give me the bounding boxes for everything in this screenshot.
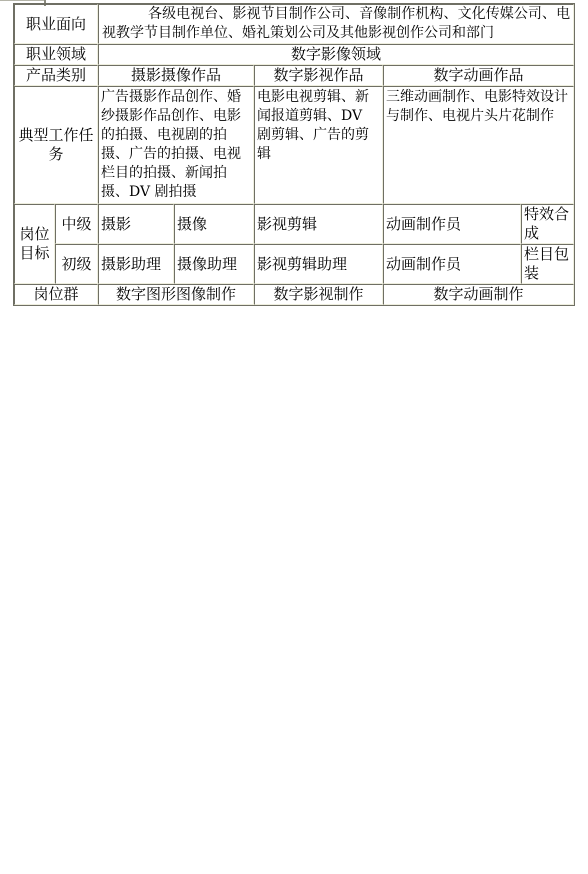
position-junior-camera-assistant-cell: 摄像助理 bbox=[174, 244, 254, 284]
position-junior-editor-assistant-cell: 影视剪辑助理 bbox=[254, 244, 383, 284]
product-category-video-cell: 数字影视作品 bbox=[254, 65, 383, 86]
position-group-animation-cell: 数字动画制作 bbox=[383, 284, 574, 305]
typical-tasks-label-cell: 典型工作任务 bbox=[14, 86, 98, 204]
table-row: 岗位目标 中级 摄影 摄像 影视剪辑 动画制作员 特效合成 bbox=[14, 204, 574, 244]
table-row: 产品类别 摄影摄像作品 数字影视作品 数字动画作品 bbox=[14, 65, 574, 86]
position-mid-photographer-cell: 摄影 bbox=[98, 204, 174, 244]
position-mid-editor-cell: 影视剪辑 bbox=[254, 204, 383, 244]
position-mid-animator-cell: 动画制作员 bbox=[383, 204, 521, 244]
document-page: 职业面向 各级电视台、影视节目制作公司、音像制作机构、文化传媒公司、电视教学节目… bbox=[0, 0, 588, 874]
typical-tasks-animation-cell: 三维动画制作、电影特效设计与制作、电视片头片花制作 bbox=[383, 86, 574, 204]
position-junior-packaging-cell: 栏目包装 bbox=[521, 244, 574, 284]
position-group-video-cell: 数字影视制作 bbox=[254, 284, 383, 305]
page-edge-artifact-horizontal bbox=[0, 0, 46, 1]
position-mid-vfx-cell: 特效合成 bbox=[521, 204, 574, 244]
position-junior-animator-cell: 动画制作员 bbox=[383, 244, 521, 284]
position-mid-cameraman-cell: 摄像 bbox=[174, 204, 254, 244]
career-field-value-cell: 数字影像领域 bbox=[98, 44, 574, 65]
table-row: 岗位群 数字图形图像制作 数字影视制作 数字动画制作 bbox=[14, 284, 574, 305]
table-row: 典型工作任务 广告摄影作品创作、婚纱摄影作品创作、电影的拍摄、电视剧的拍摄、广告… bbox=[14, 86, 574, 204]
position-level-junior-cell: 初级 bbox=[55, 244, 98, 284]
position-junior-photo-assistant-cell: 摄影助理 bbox=[98, 244, 174, 284]
product-category-label-cell: 产品类别 bbox=[14, 65, 98, 86]
product-category-photo-cell: 摄影摄像作品 bbox=[98, 65, 254, 86]
career-field-label-cell: 职业领域 bbox=[14, 44, 98, 65]
product-category-animation-cell: 数字动画作品 bbox=[383, 65, 574, 86]
career-orientation-table: 职业面向 各级电视台、影视节目制作公司、音像制作机构、文化传媒公司、电视教学节目… bbox=[13, 3, 575, 306]
typical-tasks-video-cell: 电影电视剪辑、新闻报道剪辑、DV 剧剪辑、广告的剪辑 bbox=[254, 86, 383, 204]
career-orientation-label-cell: 职业面向 bbox=[14, 4, 98, 44]
typical-tasks-photo-cell: 广告摄影作品创作、婚纱摄影作品创作、电影的拍摄、电视剧的拍摄、广告的拍摄、电视栏… bbox=[98, 86, 254, 204]
table-row: 职业面向 各级电视台、影视节目制作公司、音像制作机构、文化传媒公司、电视教学节目… bbox=[14, 4, 574, 44]
position-goals-label-cell: 岗位目标 bbox=[14, 204, 55, 284]
position-level-mid-cell: 中级 bbox=[55, 204, 98, 244]
position-groups-label-cell: 岗位群 bbox=[14, 284, 98, 305]
table-row: 初级 摄影助理 摄像助理 影视剪辑助理 动画制作员 栏目包装 bbox=[14, 244, 574, 284]
career-orientation-value-cell: 各级电视台、影视节目制作公司、音像制作机构、文化传媒公司、电视教学节目制作单位、… bbox=[98, 4, 574, 44]
table-row: 职业领域 数字影像领域 bbox=[14, 44, 574, 65]
position-group-graphics-cell: 数字图形图像制作 bbox=[98, 284, 254, 305]
